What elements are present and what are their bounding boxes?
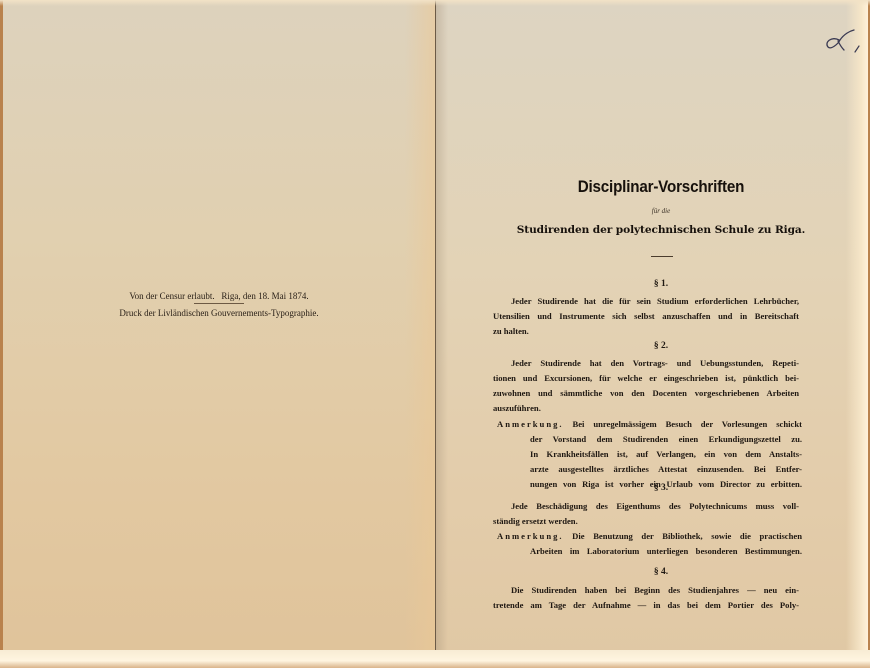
section-4-heading: § 4. [486,567,836,577]
text-line: der Vorstand dem Studirenden einen Erkun… [530,432,802,447]
text-line: Jeder Studirende hat die für sein Studiu… [493,294,799,309]
section-3-heading: § 3. [486,483,836,493]
text-line: tionen und Excursionen, für welche er ei… [493,371,799,386]
section-2-heading: § 2. [486,341,836,351]
text-line: Die Studirenden haben bei Beginn des Stu… [493,583,799,598]
section-3-note: Anmerkung. Die Benutzung der Bibliothek,… [530,529,802,559]
text-line: zu halten. [493,324,799,339]
text-line: auszuführen. [493,401,799,416]
text-line: In Krankheitsfällen ist, auf Verlangen, … [530,447,802,462]
censor-approval-line: Von der Censur erlaubt. Riga, den 18. Ma… [3,288,435,304]
note-label: Anmerkung. [497,419,564,429]
imprint-block: Von der Censur erlaubt. Riga, den 18. Ma… [3,288,435,321]
title-connector: für die [486,207,836,215]
document-spread: Von der Censur erlaubt. Riga, den 18. Ma… [0,0,870,668]
section-2-text: Jeder Studirende hat den Vortrags- und U… [493,356,799,416]
text-line: Anmerkung. Die Benutzung der Bibliothek,… [497,529,802,544]
text-line: Jeder Studirende hat den Vortrags- und U… [493,356,799,371]
page-bottom-edge [0,650,870,668]
left-page: Von der Censur erlaubt. Riga, den 18. Ma… [3,0,435,668]
right-page: Disciplinar-Vorschriften für die Studire… [436,0,868,668]
section-1-heading: § 1. [486,279,836,289]
printer-line: Druck der Livländischen Gouvernements-Ty… [3,305,435,321]
page-top-edge [0,0,870,6]
section-3-text: Jede Beschädigung des Eigenthums des Pol… [493,499,799,529]
text-line: zuwohnen und sämmtliche von den Docenten… [493,386,799,401]
text-line: Arbeiten im Laboratorium unterliegen bes… [530,544,802,559]
imprint-rule [194,303,244,304]
title-rule [651,256,673,257]
handwritten-page-number [822,28,862,58]
document-subtitle: Studirenden der polytechnischen Schule z… [483,224,839,236]
text-line: Jede Beschädigung des Eigenthums des Pol… [493,499,799,514]
section-2-note: Anmerkung. Bei unregelmässigem Besuch de… [530,417,802,492]
section-1-text: Jeder Studirende hat die für sein Studiu… [493,294,799,339]
text-line: Utensilien und Instrumente sich selbst a… [493,309,799,324]
text-line: Anmerkung. Bei unregelmässigem Besuch de… [497,417,802,432]
gutter-shadow [436,0,448,668]
text-line: arzte ausgestelltes ärztliches Attestat … [530,462,802,477]
section-4-text: Die Studirenden haben bei Beginn des Stu… [493,583,799,613]
note-label: Anmerkung. [497,531,564,541]
text-line: tretende am Tage der Aufnahme — in das b… [493,598,799,613]
text-line: ständig ersetzt werden. [493,514,799,529]
document-title: Disciplinar-Vorschriften [500,178,822,197]
